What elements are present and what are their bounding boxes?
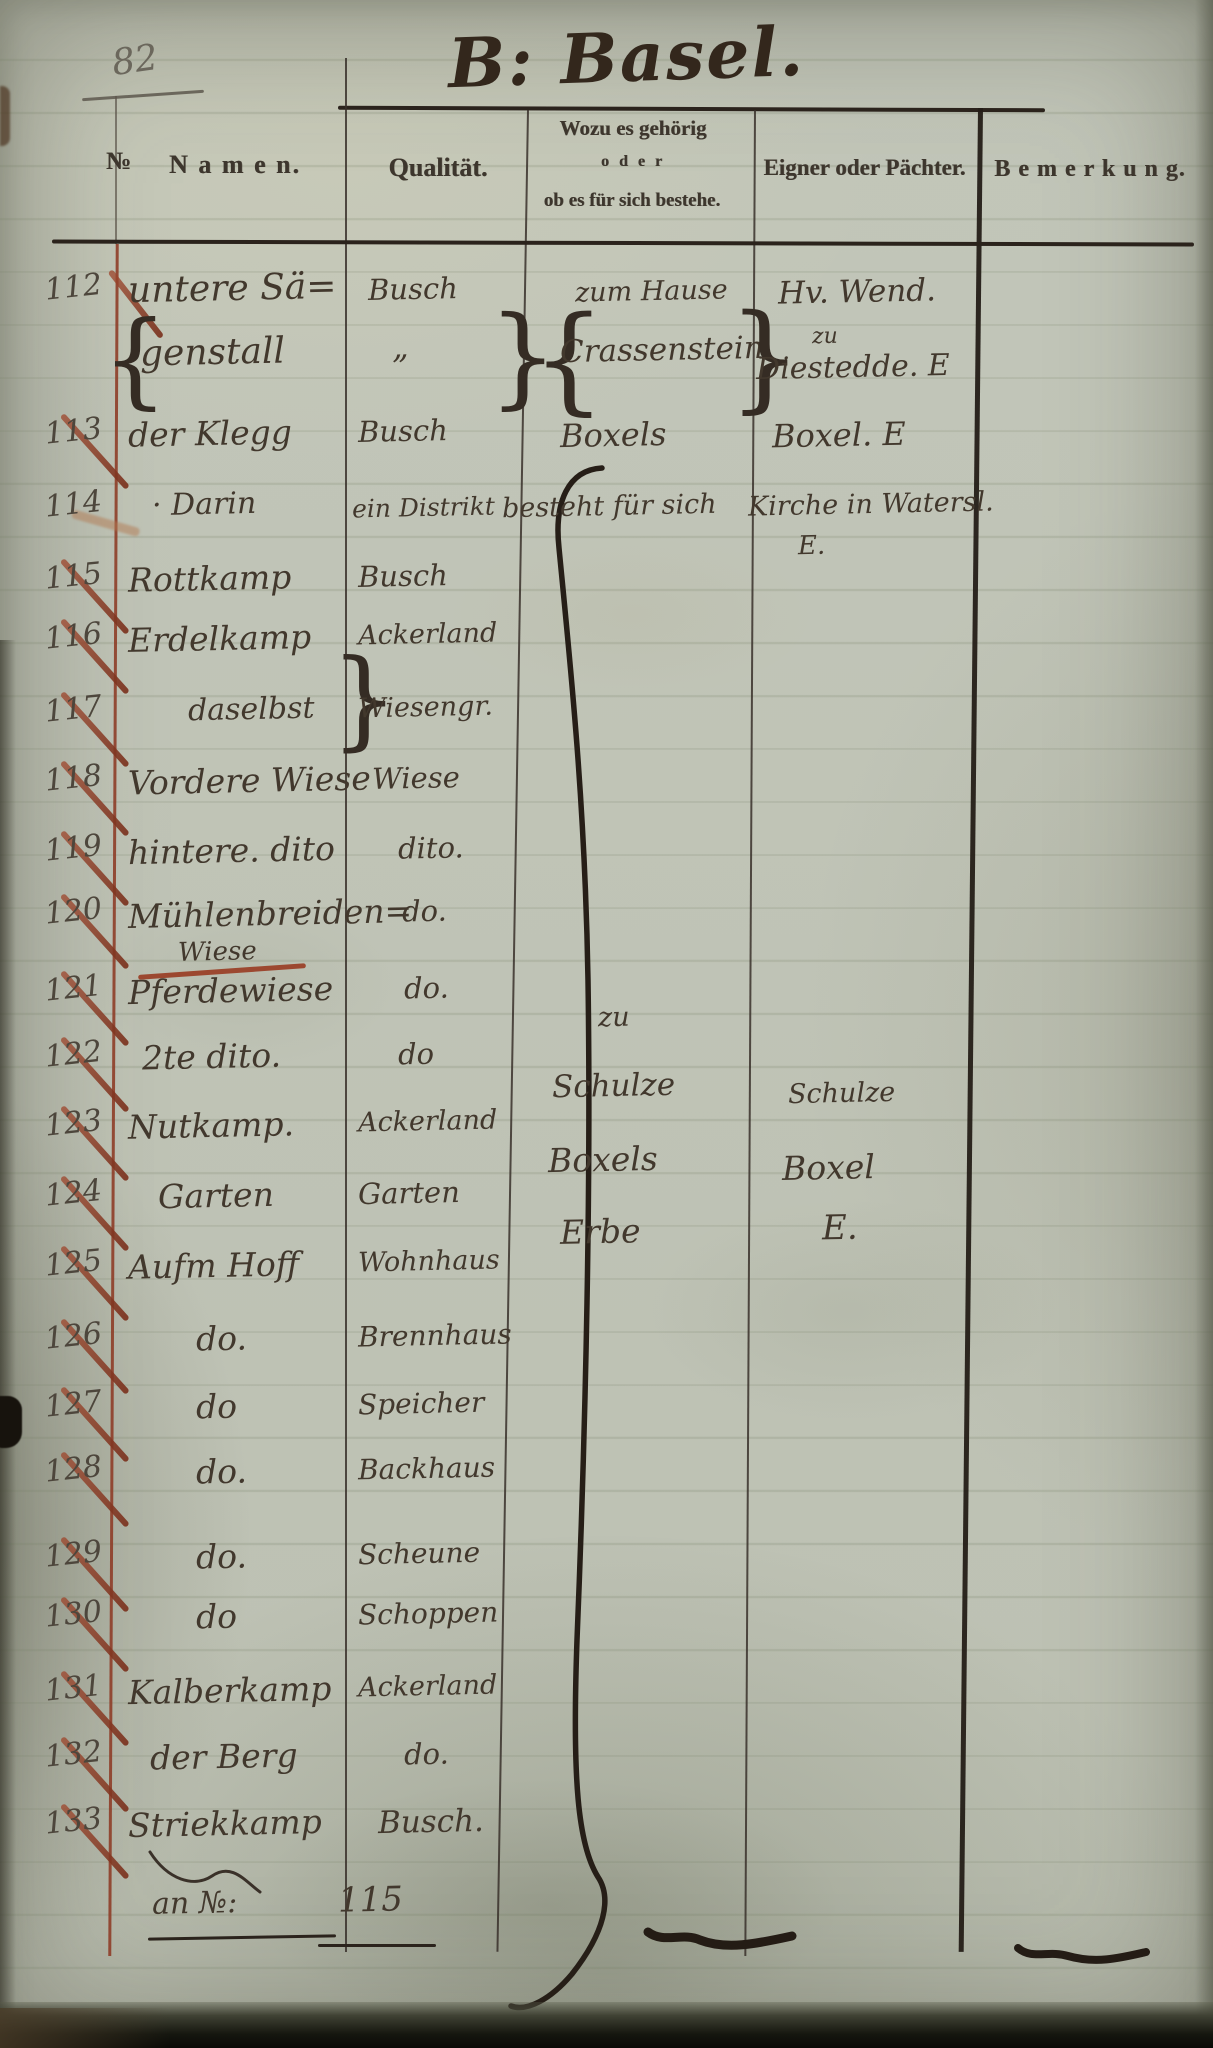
- owner-cell-line2: E.: [798, 531, 826, 562]
- row-number: 130: [38, 1594, 103, 1635]
- row-number: 119: [38, 828, 103, 869]
- column-header-belonging-line2: o d e r: [518, 153, 748, 171]
- page-right-edge-shadow: [1195, 0, 1213, 2048]
- owner-cell-line2: zu: [812, 324, 838, 350]
- name-cell: do.: [196, 1318, 248, 1358]
- table-row: 113 der Klegg Busch Boxels Boxel. E: [0, 414, 1213, 488]
- row-number: 129: [38, 1534, 103, 1575]
- quality-cell: Speicher: [358, 1386, 485, 1422]
- table-row: 116 Erdelkamp } Ackerland: [0, 619, 1213, 693]
- row-number: 122: [38, 1034, 103, 1075]
- name-cell: Mühlenbreiden=: [128, 891, 413, 936]
- name-cell: Vordere Wiese: [128, 758, 372, 802]
- row-number: 114: [38, 484, 103, 525]
- table-row: 126 do. Brennhaus: [0, 1319, 1213, 1393]
- row-number: 128: [38, 1449, 103, 1490]
- row-number: 120: [38, 891, 103, 932]
- table-row: 127 do Speicher: [0, 1387, 1213, 1461]
- quality-cell: do.: [404, 1737, 449, 1772]
- ink-blot: [0, 1396, 22, 1448]
- belonging-cell: zum Hause: [575, 274, 728, 308]
- table-row: 128 do. Backhaus: [0, 1452, 1213, 1526]
- owner-group-boxel: Boxel: [782, 1147, 876, 1188]
- quality-cell: dito.: [398, 830, 464, 865]
- owner-cell: Boxel. E: [772, 415, 906, 456]
- quality-cell: do.: [402, 894, 447, 929]
- quality-cell: Wiese: [372, 760, 460, 796]
- quality-cell: do: [398, 1037, 435, 1072]
- belonging-group-schulze: Schulze: [552, 1067, 676, 1106]
- name-cell: do: [196, 1597, 238, 1637]
- table-row: 132 der Berg do.: [0, 1737, 1213, 1811]
- table-row: 112 untere Sä= genstall { Busch „ } { zu…: [0, 262, 1213, 336]
- name-cell: do.: [196, 1451, 248, 1491]
- name-cell: · Darin: [152, 486, 257, 523]
- row-number: 116: [38, 616, 103, 657]
- row-number: 127: [38, 1384, 103, 1425]
- footer-row: an №: 115: [0, 1886, 1213, 1960]
- quality-cell: Ackerland: [358, 1105, 498, 1139]
- column-header-belonging-line1: Wozu es gehörig: [518, 116, 748, 141]
- name-cell: Pferdewiese: [128, 969, 334, 1012]
- row-number: 132: [38, 1734, 103, 1775]
- belonging-group-boxels: Boxels: [548, 1139, 659, 1180]
- row-number: 113: [38, 411, 103, 452]
- column-header-quality: Qualität.: [352, 153, 524, 183]
- table-row: 125 Aufm Hoff Wohnhaus: [0, 1246, 1213, 1320]
- owner-group-schulze: Schulze: [788, 1077, 896, 1110]
- table-row: 130 do Schoppen: [0, 1597, 1213, 1671]
- owner-cell: Hv. Wend.: [778, 272, 937, 311]
- name-cell: do.: [196, 1536, 248, 1576]
- row-number: 133: [38, 1801, 103, 1842]
- owner-cell-line3: Diestedde. E: [756, 348, 950, 387]
- quality-cell: Ackerland: [358, 618, 498, 652]
- row-number: 117: [38, 689, 103, 730]
- quality-cell: do.: [404, 971, 449, 1006]
- name-cell: Nutkamp.: [128, 1104, 295, 1146]
- footer-note-number: 115: [338, 1879, 404, 1920]
- quality-cell: Busch: [358, 558, 448, 594]
- quality-cell: Busch: [368, 271, 458, 307]
- row-number: 112: [38, 267, 103, 308]
- table-row: 117 daselbst Wiesengr.: [0, 692, 1213, 766]
- name-cell: Striekkamp: [128, 1802, 323, 1845]
- quality-ditto-mark: „: [392, 328, 409, 366]
- footer-note-prefix: an №:: [152, 1885, 238, 1922]
- page-bottom-edge: [0, 2002, 1213, 2048]
- table-row: 133 Striekkamp Busch.: [0, 1804, 1213, 1878]
- quality-cell: ein Distrikt: [352, 492, 495, 524]
- quality-cell: Ackerland: [358, 1670, 498, 1704]
- quality-cell: Scheune: [358, 1536, 481, 1572]
- row-number: 124: [38, 1173, 103, 1214]
- name-cell: Garten: [158, 1175, 275, 1216]
- name-cell: Erdelkamp: [128, 617, 312, 660]
- belonging-group-zu: zu: [598, 1002, 630, 1034]
- row-number: 131: [38, 1668, 103, 1709]
- quality-cell: Backhaus: [358, 1451, 496, 1487]
- name-brace: {: [102, 298, 168, 420]
- name-cell: Rottkamp: [128, 557, 292, 599]
- page-bottom-left-edge: [0, 2008, 170, 2048]
- belonging-cell: Boxels: [560, 415, 667, 455]
- footer-underline-2: [318, 1944, 436, 1947]
- name-cell: daselbst: [188, 691, 315, 729]
- name-cell: der Klegg: [128, 412, 293, 454]
- belonging-cell: besteht für sich: [502, 489, 717, 524]
- table-row: 114 · Darin ein Distrikt besteht für sic…: [0, 487, 1213, 561]
- quality-cell: Wiesengr.: [358, 691, 494, 725]
- name-cell: hintere. dito: [128, 829, 336, 872]
- page-title: B: Basel.: [447, 12, 806, 104]
- page-number: 82: [109, 37, 160, 84]
- row-number: 125: [38, 1243, 103, 1284]
- name-cell: 2te dito.: [142, 1036, 282, 1078]
- quality-cell: Busch: [358, 413, 448, 449]
- column-header-name: N a m e n.: [125, 150, 345, 180]
- row-number: 126: [38, 1316, 103, 1357]
- owner-cell: Kirche in Watersl.: [748, 486, 994, 522]
- quality-cell: Brennhaus: [358, 1317, 512, 1353]
- name-cell: do: [196, 1387, 238, 1427]
- column-header-remark: B e m e r k u n g.: [985, 156, 1195, 183]
- row-number: 115: [38, 556, 103, 597]
- ledger-page: 82 B: Basel. № N a m e n. Qualität. Wozu…: [0, 0, 1213, 2048]
- table-row: 131 Kalberkamp Ackerland: [0, 1671, 1213, 1745]
- name-cell: der Berg: [150, 1735, 298, 1777]
- quality-cell: Schoppen: [358, 1596, 499, 1632]
- quality-cell: Busch.: [378, 1803, 485, 1841]
- name-cell: Aufm Hoff: [128, 1244, 300, 1287]
- table-row: 118 Vordere Wiese Wiese: [0, 761, 1213, 835]
- owner-group-e: E.: [822, 1208, 858, 1249]
- binding-mark: [0, 86, 10, 146]
- quality-cell: Wohnhaus: [358, 1245, 500, 1279]
- column-header-belonging-line3: ob es für sich bestehe.: [512, 190, 752, 212]
- name-cell: Kalberkamp: [128, 1669, 332, 1712]
- row-number: 121: [38, 968, 103, 1009]
- page-left-edge-shadow: [0, 640, 16, 2048]
- column-header-owner: Eigner oder Pächter.: [752, 155, 977, 181]
- row-number: 118: [38, 758, 103, 799]
- quality-cell: Garten: [358, 1175, 461, 1211]
- name-correction-above: Wiese: [178, 936, 257, 968]
- row-number: 123: [38, 1103, 103, 1144]
